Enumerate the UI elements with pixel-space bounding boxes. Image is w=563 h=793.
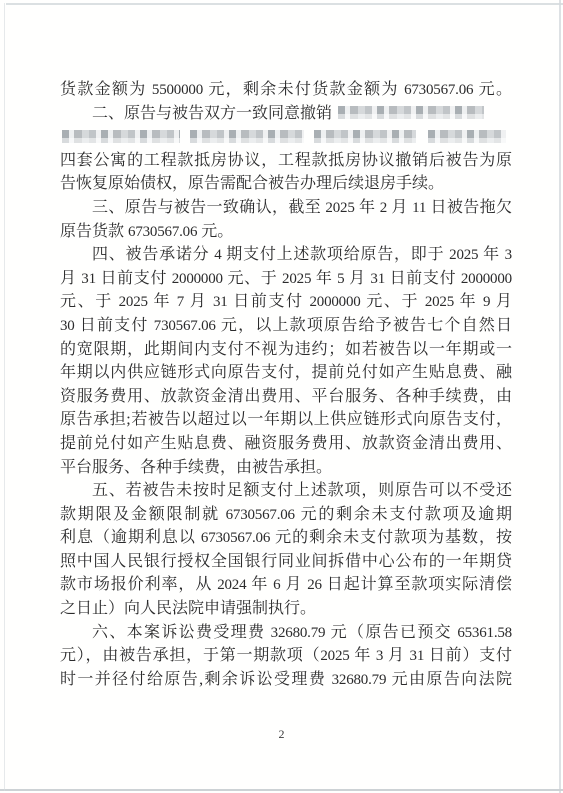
document-line: 提前兑付如产生贴息费、融资服务费用、放款资金清出费用、 — [60, 432, 512, 456]
document-line: 元），由被告承担，于第一期款项（2025 年 3 月 31 日前）支付 — [60, 644, 512, 668]
page-edge-right — [559, 0, 561, 793]
redaction-block — [314, 130, 416, 143]
document-line: 六、本案诉讼费受理费 32680.79 元（原告已预交 65361.58 — [60, 621, 512, 645]
document-line: 照中国人民银行授权全国银行同业间拆借中心公布的一年期贷 — [60, 550, 512, 574]
document-line: 资服务费用、放款资金清出费用、平台服务、各种手续费，由 — [60, 385, 512, 409]
document-line: 款期限及金额限制就 6730567.06 元的剩余未支付款项及逾期 — [60, 503, 512, 527]
document-line: 30 日前支付 730567.06 元，以上款项原告给予被告七个自然日 — [60, 314, 512, 338]
document-line: 时一并径付给原告,剩余诉讼受理费 32680.79 元由原告向法院 — [60, 668, 512, 692]
document-line: 元、于 2025 年 7 月 31 日前支付 2000000 元、于 2025 … — [60, 290, 512, 314]
scanned-document-page: 货款金额为 5500000 元，剩余未付货款金额为 6730567.06 元。二… — [0, 0, 563, 793]
document-line: 告恢复原始债权，原告需配合被告办理后续退房手续。 — [60, 172, 512, 196]
redaction-block — [190, 130, 304, 143]
redaction-block — [428, 130, 506, 143]
page-edge-left — [4, 3, 5, 791]
document-line: 五、若被告未按时足额支付上述款项，则原告可以不受还 — [60, 479, 512, 503]
document-line: 货款金额为 5500000 元，剩余未付货款金额为 6730567.06 元。 — [60, 78, 512, 102]
redaction-block — [62, 130, 180, 143]
document-line: 三、原告与被告一致确认，截至 2025 年 2 月 11 日被告拖欠 — [60, 196, 512, 220]
page-edge-bottom — [0, 789, 563, 791]
document-line: 年期以内供应链形式向原告支付，提前兑付如产生贴息费、融 — [60, 361, 512, 385]
document-line: 平台服务、各种手续费，由被告承担。 — [60, 456, 512, 480]
redaction-block — [338, 106, 484, 119]
document-body: 货款金额为 5500000 元，剩余未付货款金额为 6730567.06 元。二… — [60, 78, 512, 691]
document-line: 月 31 日前支付 2000000 元、于 2025 年 5 月 31 日前支付… — [60, 267, 512, 291]
document-line: 四套公寓的工程款抵房协议，工程款抵房协议撤销后被告为原 — [60, 149, 512, 173]
document-line: 二、原告与被告双方一致同意撤销 — [60, 102, 512, 126]
redacted-line — [60, 125, 512, 149]
page-number: 2 — [0, 727, 563, 741]
document-line: 原告货款 6730567.06 元。 — [60, 220, 512, 244]
document-line: 的宽限期，此期间内支付不视为违约；如若被告以一年期或一 — [60, 338, 512, 362]
document-line: 之日止）向人民法院申请强制执行。 — [60, 597, 512, 621]
document-line: 款市场报价利率，从 2024 年 6 月 26 日起计算至款项实际清偿 — [60, 573, 512, 597]
document-line: 利息（逾期利息以 6730567.06 元的剩余未支付款项为基数，按 — [60, 526, 512, 550]
page-edge-top — [6, 3, 563, 5]
document-line: 原告承担;若被告以超过以一年期以上供应链形式向原告支付， — [60, 408, 512, 432]
document-line: 四、被告承诺分 4 期支付上述款项给原告，即于 2025 年 3 — [60, 243, 512, 267]
